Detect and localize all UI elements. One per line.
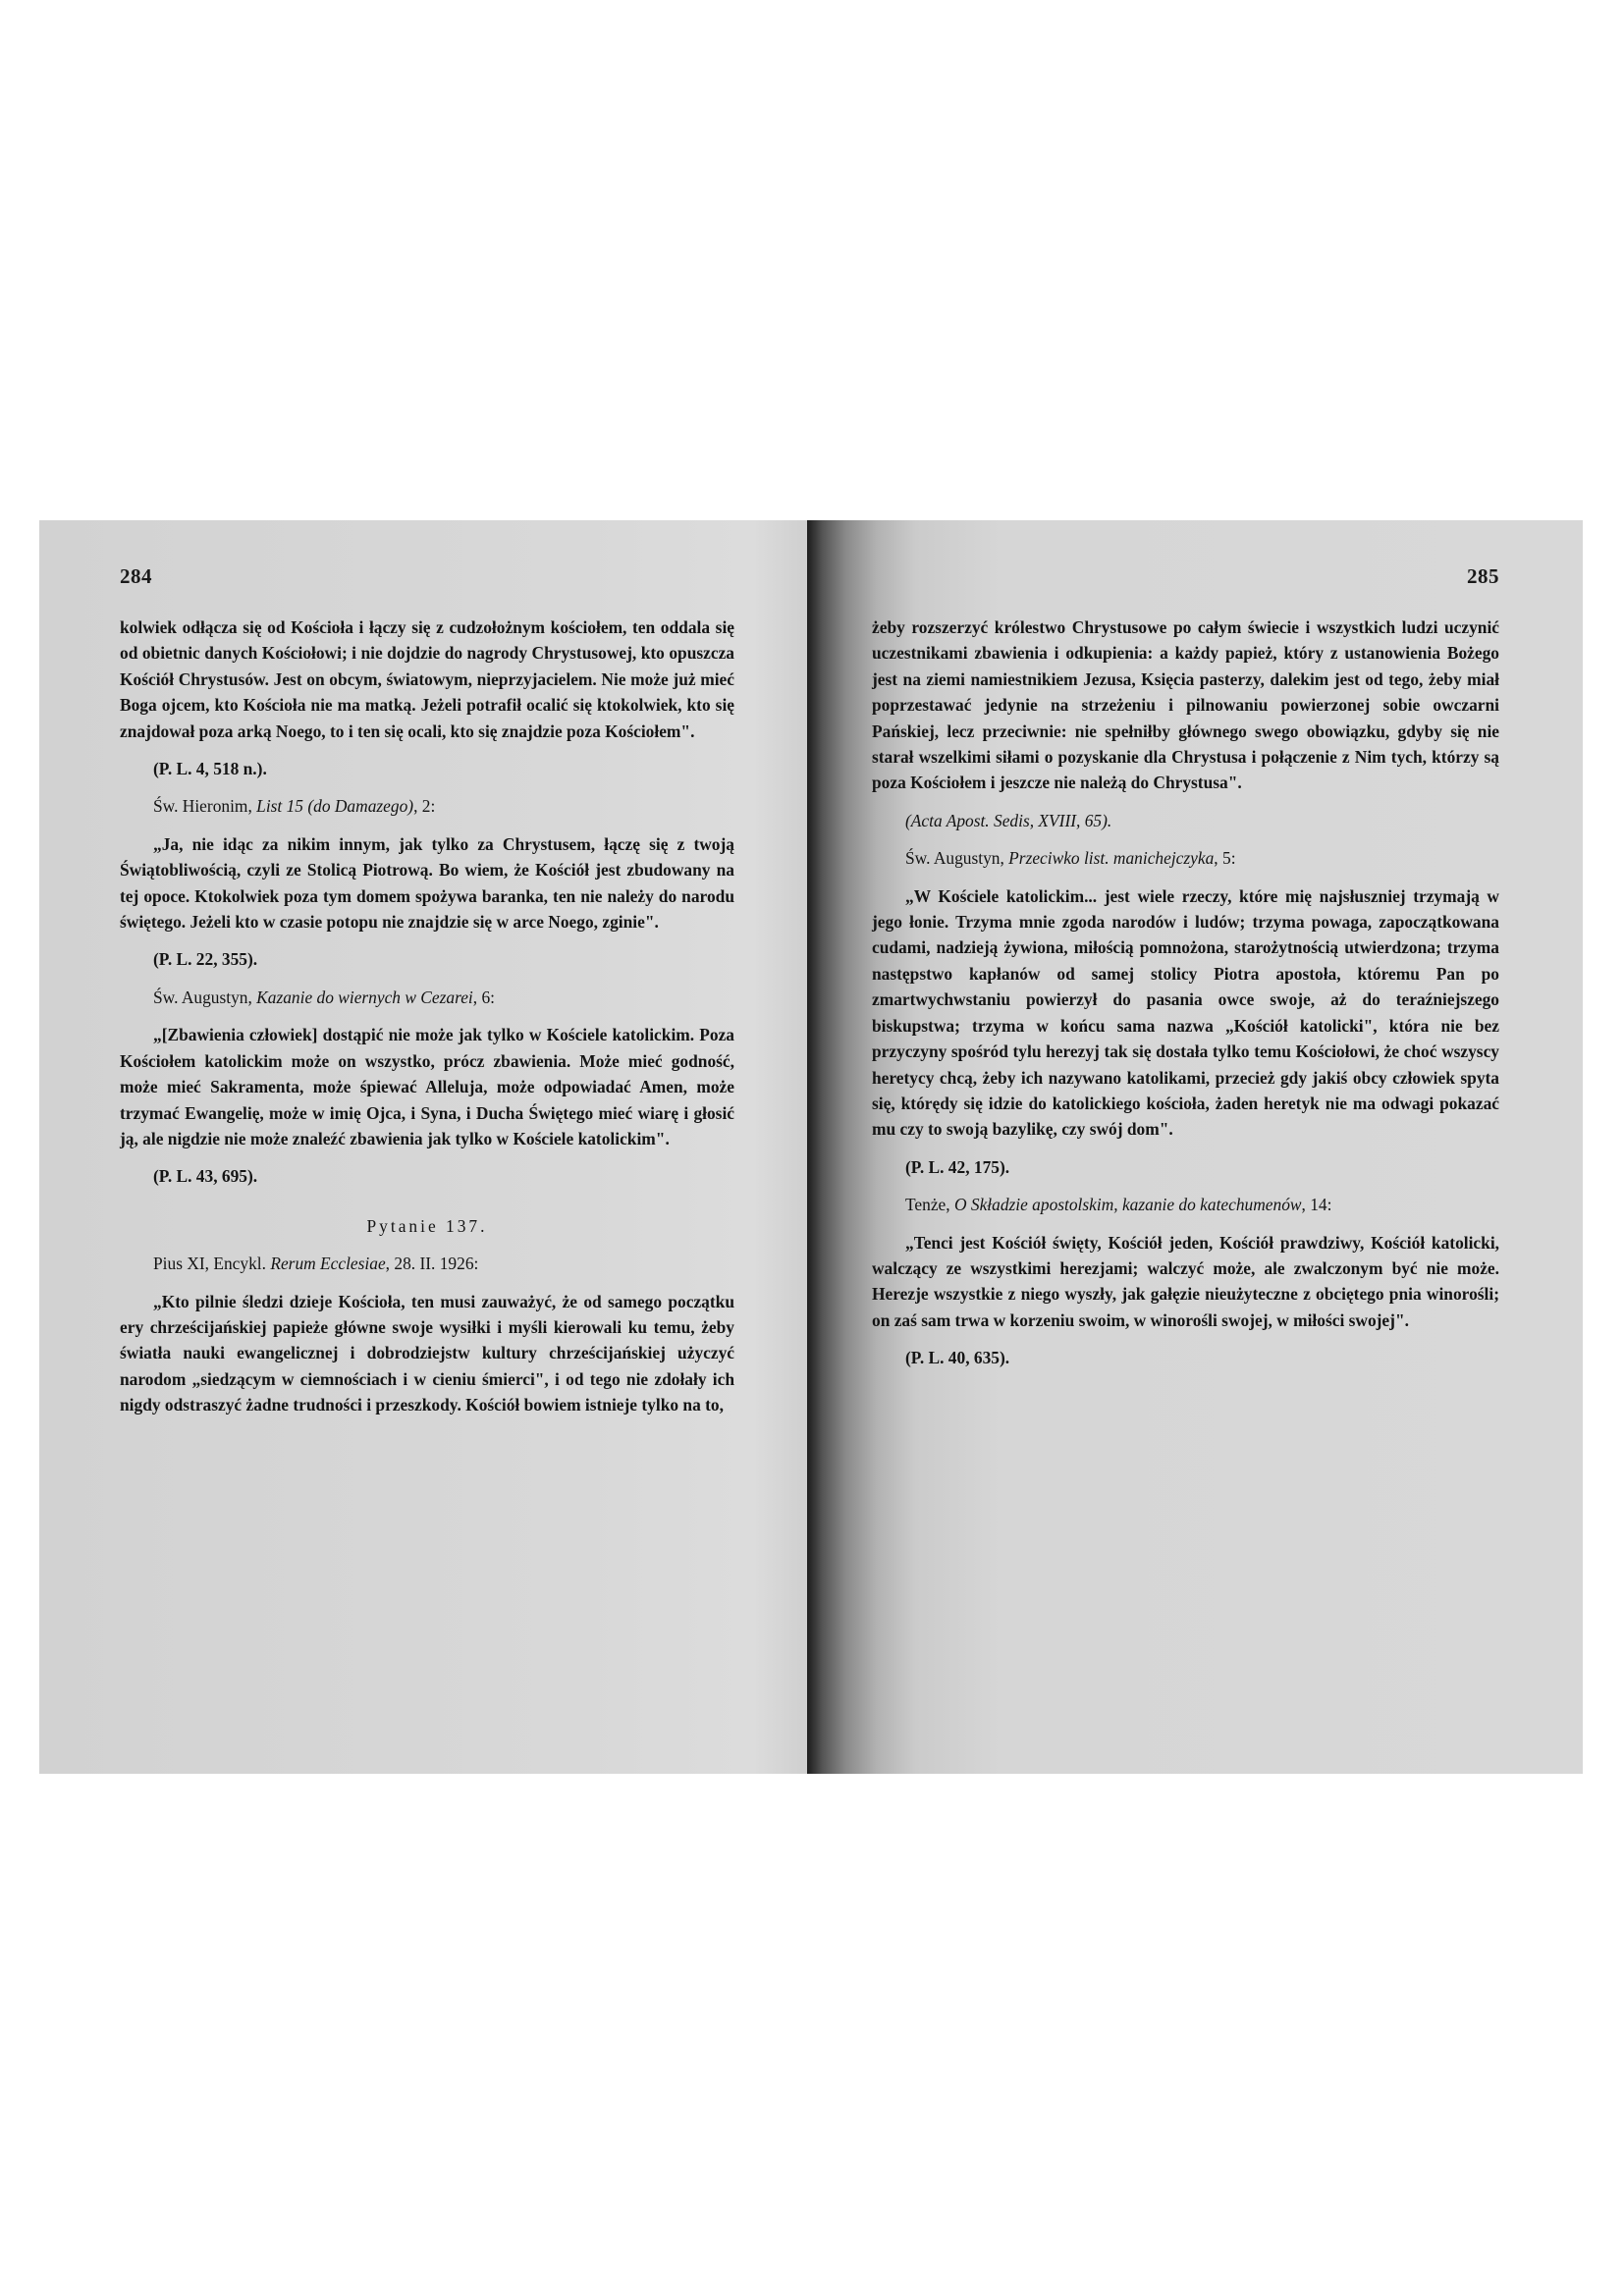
citation-reference: (P. L. 43, 695). — [120, 1163, 734, 1189]
source-line: Św. Hieronim, List 15 (do Damazego), 2: — [120, 793, 734, 819]
citation-reference: (P. L. 22, 355). — [120, 946, 734, 972]
quote-paragraph: „Ja, nie idąc za nikim innym, jak tylko … — [120, 831, 734, 935]
quote-paragraph: „[Zbawienia człowiek] dostąpić nie może … — [120, 1022, 734, 1151]
paragraph-continuation: kolwiek odłącza się od Kościoła i łączy … — [120, 614, 734, 744]
quote-paragraph: „Kto pilnie śledzi dzieje Kościoła, ten … — [120, 1289, 734, 1418]
book-scan: 284 kolwiek odłącza się od Kościoła i łą… — [39, 520, 1583, 1774]
citation-reference: (P. L. 4, 518 n.). — [120, 756, 734, 781]
citation-reference: (P. L. 42, 175). — [872, 1154, 1499, 1180]
source-line: Tenże, O Składzie apostolskim, kazanie d… — [872, 1192, 1499, 1217]
right-page: 285 żeby rozszerzyć królestwo Chrystusow… — [807, 520, 1583, 1774]
left-page-text: kolwiek odłącza się od Kościoła i łączy … — [120, 614, 734, 1418]
source-line: Pius XI, Encykl. Rerum Ecclesiae, 28. II… — [120, 1251, 734, 1276]
citation-reference: (P. L. 40, 635). — [872, 1345, 1499, 1370]
source-line: Św. Augustyn, Kazanie do wiernych w Ceza… — [120, 985, 734, 1010]
source-line: Św. Augustyn, Przeciwko list. manichejcz… — [872, 845, 1499, 871]
section-heading: Pytanie 137. — [120, 1213, 734, 1239]
page-number-right: 285 — [872, 564, 1499, 594]
right-page-text: żeby rozszerzyć królestwo Chrystusowe po… — [872, 614, 1499, 1371]
citation-reference: (Acta Apost. Sedis, XVIII, 65). — [872, 808, 1499, 833]
left-page: 284 kolwiek odłącza się od Kościoła i łą… — [39, 520, 807, 1774]
page-number-left: 284 — [120, 564, 734, 594]
quote-paragraph: „W Kościele katolickim... jest wiele rze… — [872, 883, 1499, 1143]
quote-paragraph: „Tenci jest Kościół święty, Kościół jede… — [872, 1230, 1499, 1334]
paragraph-continuation: żeby rozszerzyć królestwo Chrystusowe po… — [872, 614, 1499, 796]
